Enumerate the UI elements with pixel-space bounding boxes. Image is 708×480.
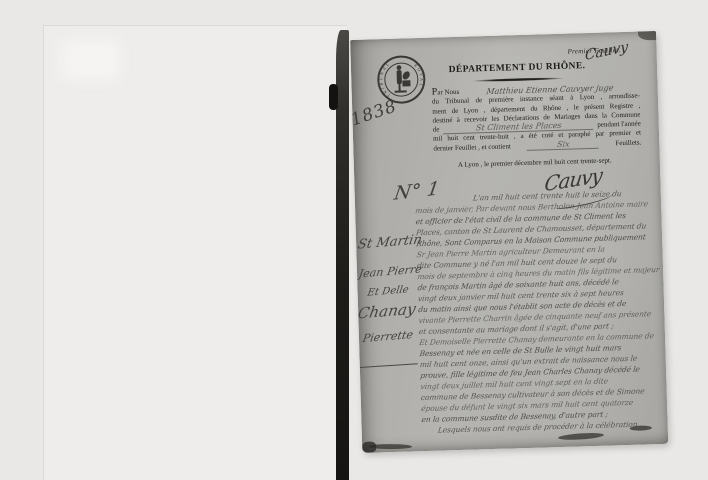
torn-edge-mark (558, 432, 604, 441)
binding-clip (329, 84, 338, 110)
commune-prefix: de (433, 126, 440, 135)
margin-groom-firstnames: Jean Pierre (358, 262, 423, 280)
torn-corner-mark (362, 441, 376, 452)
seal-ring-text-right: ROYAL (413, 62, 425, 89)
feuillets-label: Feuillets. (615, 138, 641, 148)
register-page: Premier Feuillet. DÉPARTEMENT DU RHÔNE. … (350, 31, 668, 453)
margin-joiner: Et Delle (366, 284, 409, 298)
archive-scan: { "doc": { "folio_label": "Premier Feuil… (0, 0, 708, 480)
dateline: A Lyon , le premier décembre mil huit ce… (428, 155, 642, 169)
page-title: DÉPARTEMENT DU RHÔNE. (407, 60, 627, 77)
margin-bride-surname: Chanay (356, 300, 417, 323)
feuillets-count-handwritten: Six (526, 139, 599, 151)
facing-blank-page (43, 25, 347, 480)
svg-text:ROYAL: ROYAL (413, 62, 425, 89)
paper-highlight (62, 40, 120, 80)
year-annotation: 1838 (350, 96, 399, 130)
margin-separator-rule (360, 363, 418, 368)
title-swelled-rule (471, 77, 565, 83)
act-body-handwritten: L'an mil huit cent trente huit le seize … (415, 188, 666, 437)
contient-label: dernier Feuillet , et contient (433, 142, 511, 154)
printed-preamble: Par Nous Matthieu Etienne Cauvyer juge d… (432, 83, 642, 154)
justice-figure-icon (394, 65, 412, 93)
margin-bride-firstname: Pierrette (362, 328, 414, 345)
tribunal-seal-stamp: TRIBUNAL ROYAL (375, 53, 429, 107)
page-corner-fold (638, 31, 656, 41)
margin-groom-surname: St Martin (357, 232, 423, 252)
